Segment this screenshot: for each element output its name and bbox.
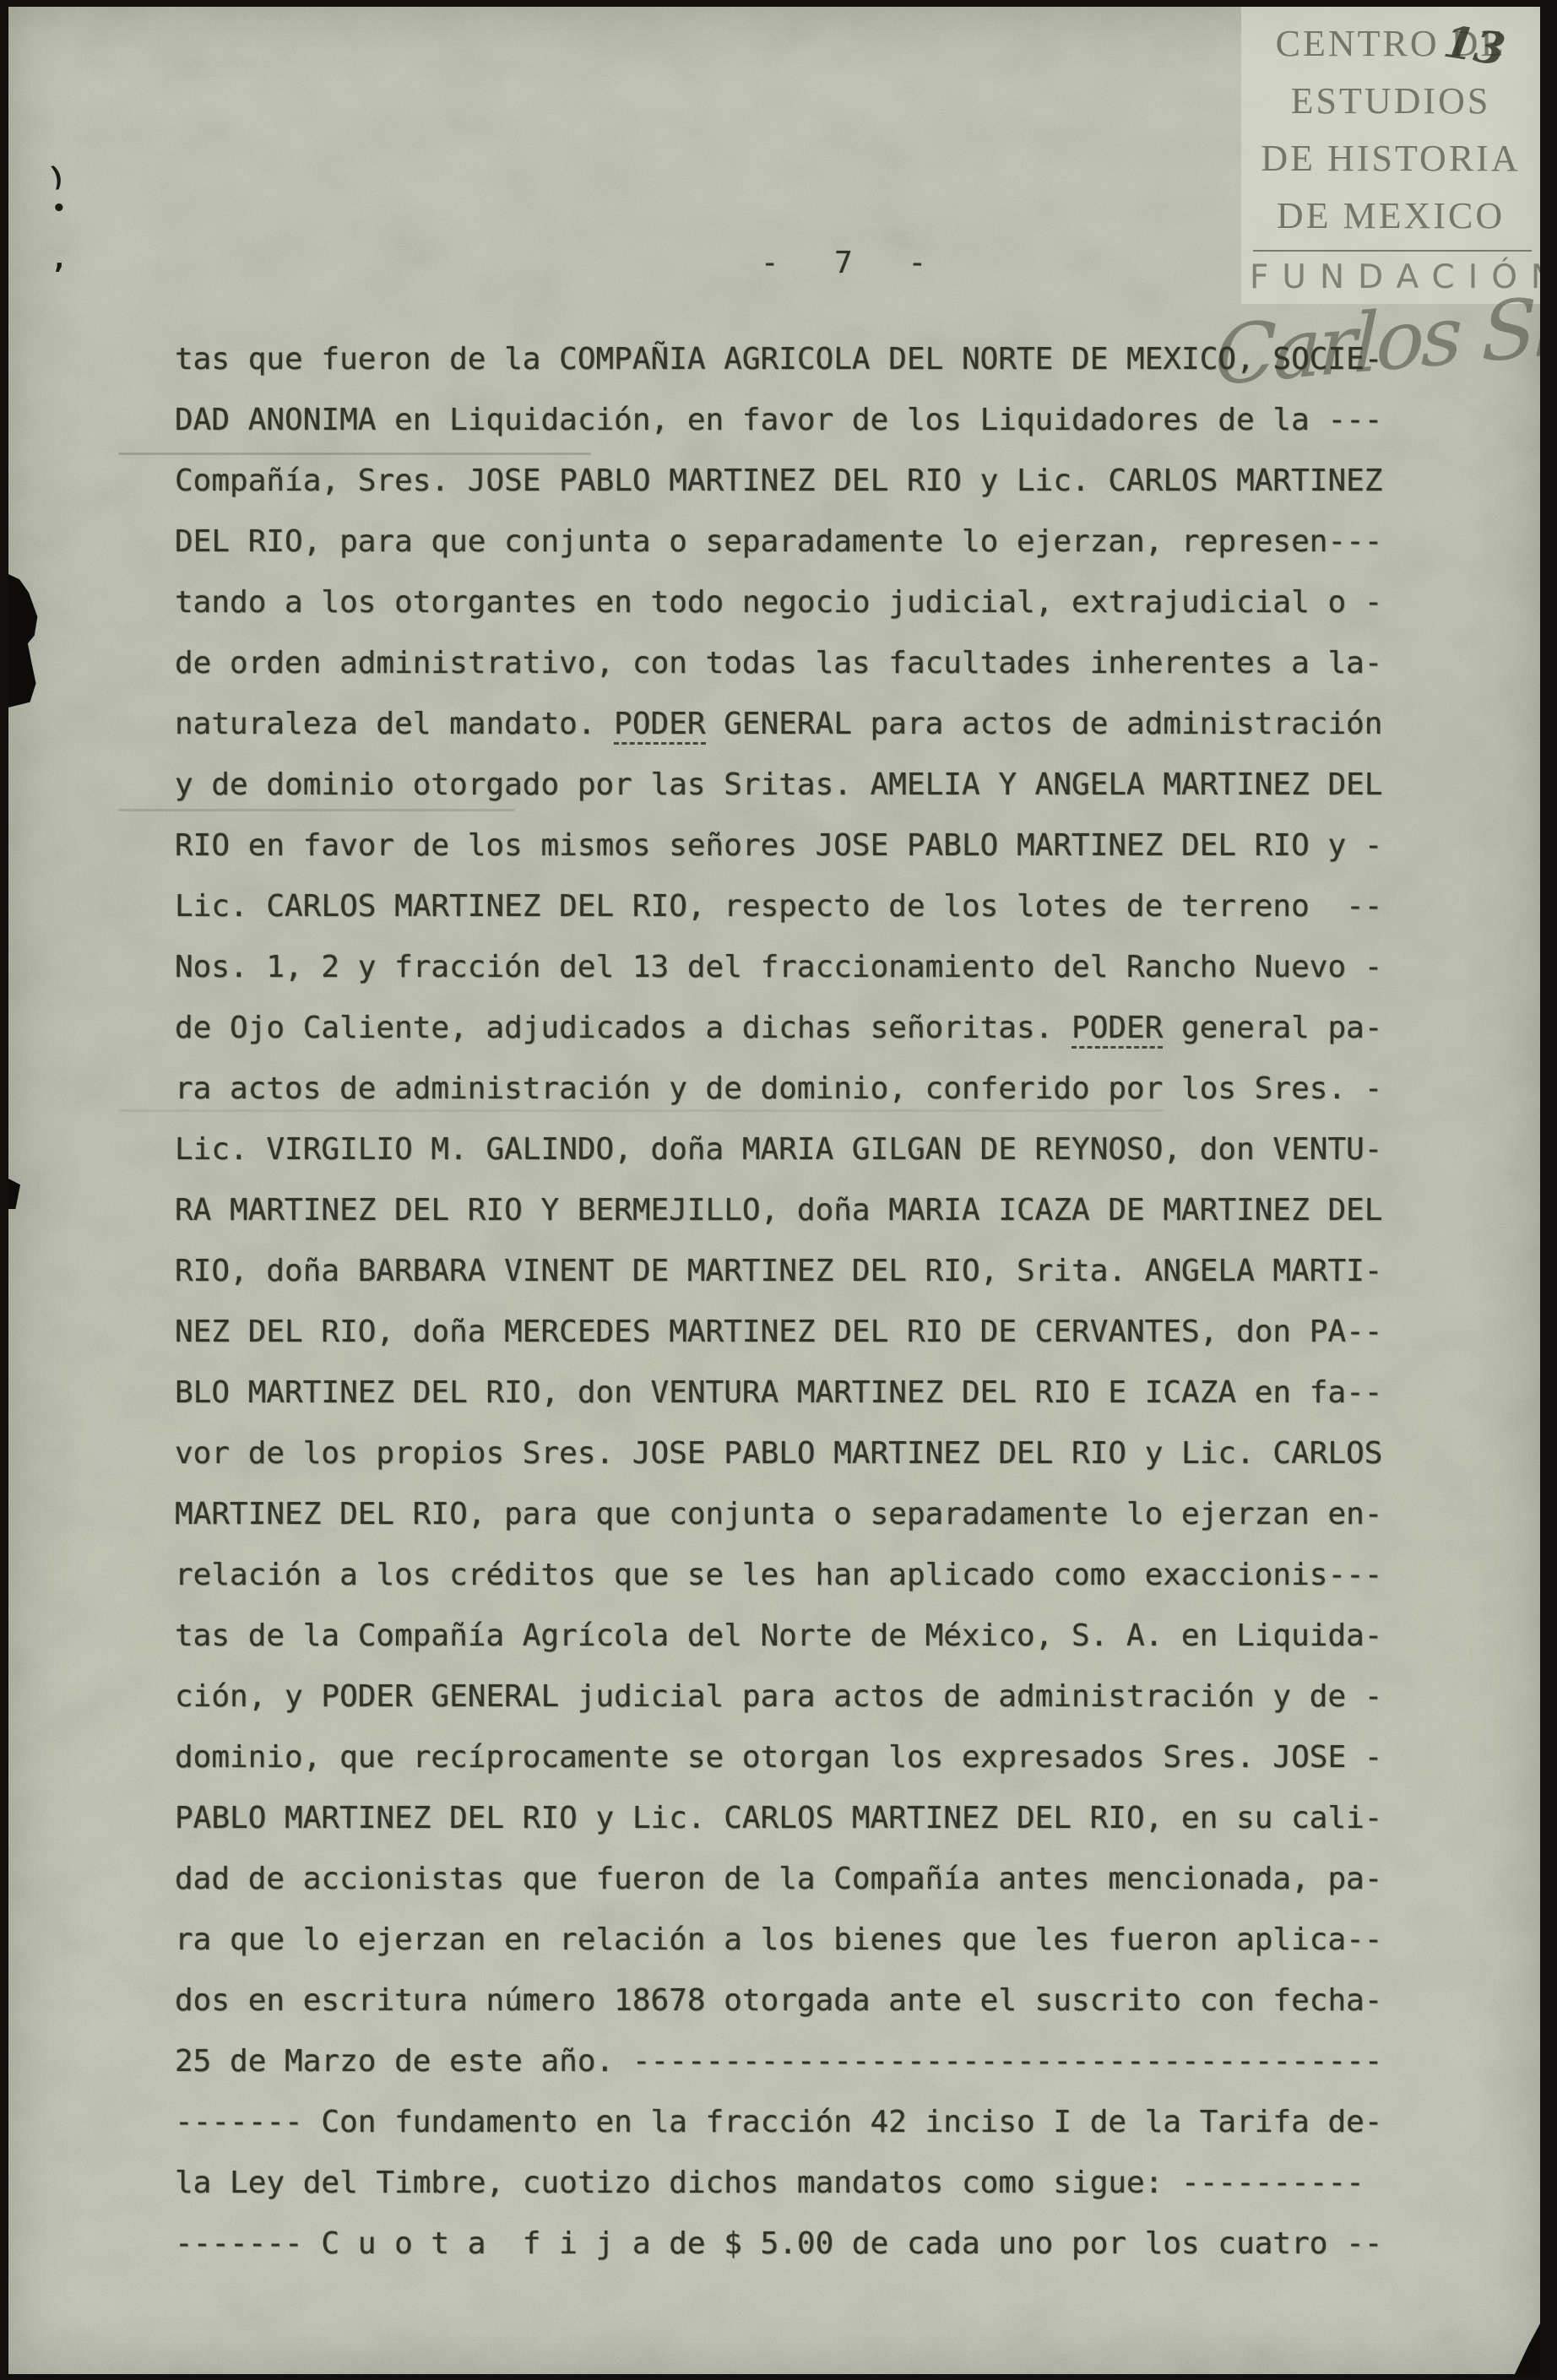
document-text: tas que fueron de la COMPAÑIA AGRICOLA D… <box>175 329 1424 2274</box>
text-line: tas de la Compañía Agrícola del Norte de… <box>175 1606 1424 1667</box>
ghost-line-artifact <box>118 1109 1165 1112</box>
text-line: naturaleza del mandato. PODER GENERAL pa… <box>175 694 1424 755</box>
text-line: tando a los otorgantes en todo negocio j… <box>175 572 1424 633</box>
text-line: de orden administrativo, con todas las f… <box>175 633 1424 694</box>
text-line: DAD ANONIMA en Liquidación, en favor de … <box>175 390 1424 451</box>
ghost-line-artifact <box>118 453 591 455</box>
text-line: relación a los créditos que se les han a… <box>175 1545 1424 1606</box>
text-line: Lic. VIRGILIO M. GALINDO, doña MARIA GIL… <box>175 1120 1424 1180</box>
scan-edge-blob <box>8 574 46 707</box>
text-line: ción, y PODER GENERAL judicial para acto… <box>175 1667 1424 1727</box>
text-line: la Ley del Timbre, cuotizo dichos mandat… <box>175 2153 1424 2214</box>
text-line: RIO, doña BARBARA VINENT DE MARTINEZ DEL… <box>175 1241 1424 1302</box>
watermark-line-2: ESTUDIOS <box>1241 73 1540 130</box>
ghost-line-artifact <box>118 809 515 811</box>
text-line: Lic. CARLOS MARTINEZ DEL RIO, respecto d… <box>175 876 1424 937</box>
scan-edge-blob <box>1515 2323 1540 2374</box>
text-line: PABLO MARTINEZ DEL RIO y Lic. CARLOS MAR… <box>175 1788 1424 1849</box>
watermark-line-3: DE HISTORIA <box>1241 130 1540 187</box>
text-line: ------- Con fundamento en la fracción 42… <box>175 2092 1424 2153</box>
text-line: de Ojo Caliente, adjudicados a dichas se… <box>175 998 1424 1059</box>
text-line: BLO MARTINEZ DEL RIO, don VENTURA MARTIN… <box>175 1363 1424 1423</box>
ink-speck: ) <box>46 159 68 193</box>
page-number: - 7 - <box>515 246 1191 280</box>
watermark-line-4: DE MEXICO <box>1241 187 1540 245</box>
paper-sheet: CENTRO DE ESTUDIOS DE HISTORIA DE MEXICO… <box>8 7 1540 2374</box>
text-line: RA MARTINEZ DEL RIO Y BERMEJILLO, doña M… <box>175 1180 1424 1241</box>
scan-edge-notch <box>8 1179 20 1209</box>
text-line: DEL RIO, para que conjunta o separadamen… <box>175 512 1424 572</box>
text-line: dad de accionistas que fueron de la Comp… <box>175 1849 1424 1910</box>
text-line: RIO en favor de los mismos señores JOSE … <box>175 816 1424 876</box>
text-line: y de dominio otorgado por las Sritas. AM… <box>175 755 1424 816</box>
text-line: ra que lo ejerzan en relación a los bien… <box>175 1910 1424 1971</box>
ink-speck: • <box>52 196 66 221</box>
text-line: dominio, que recíprocamente se otorgan l… <box>175 1727 1424 1788</box>
text-line: NEZ DEL RIO, doña MERCEDES MARTINEZ DEL … <box>175 1302 1424 1363</box>
text-line: 25 de Marzo de este año. ---------------… <box>175 2031 1424 2092</box>
scanned-document-page: { "colors": { "paper": "#c7cabb", "ink":… <box>0 0 1557 2380</box>
text-line: MARTINEZ DEL RIO, para que conjunta o se… <box>175 1484 1424 1545</box>
handwritten-page-mark: 13 <box>1440 16 1509 77</box>
text-line: tas que fueron de la COMPAÑIA AGRICOLA D… <box>175 329 1424 390</box>
text-line: vor de los propios Sres. JOSE PABLO MART… <box>175 1423 1424 1484</box>
text-line: Nos. 1, 2 y fracción del 13 del fraccion… <box>175 937 1424 998</box>
text-line: Compañía, Sres. JOSE PABLO MARTINEZ DEL … <box>175 451 1424 512</box>
text-line: ------- C u o t a f i j a de $ 5.00 de c… <box>175 2214 1424 2274</box>
watermark-divider <box>1253 250 1532 252</box>
text-line: dos en escritura número 18678 otorgada a… <box>175 1971 1424 2031</box>
ink-speck: , <box>51 241 68 275</box>
